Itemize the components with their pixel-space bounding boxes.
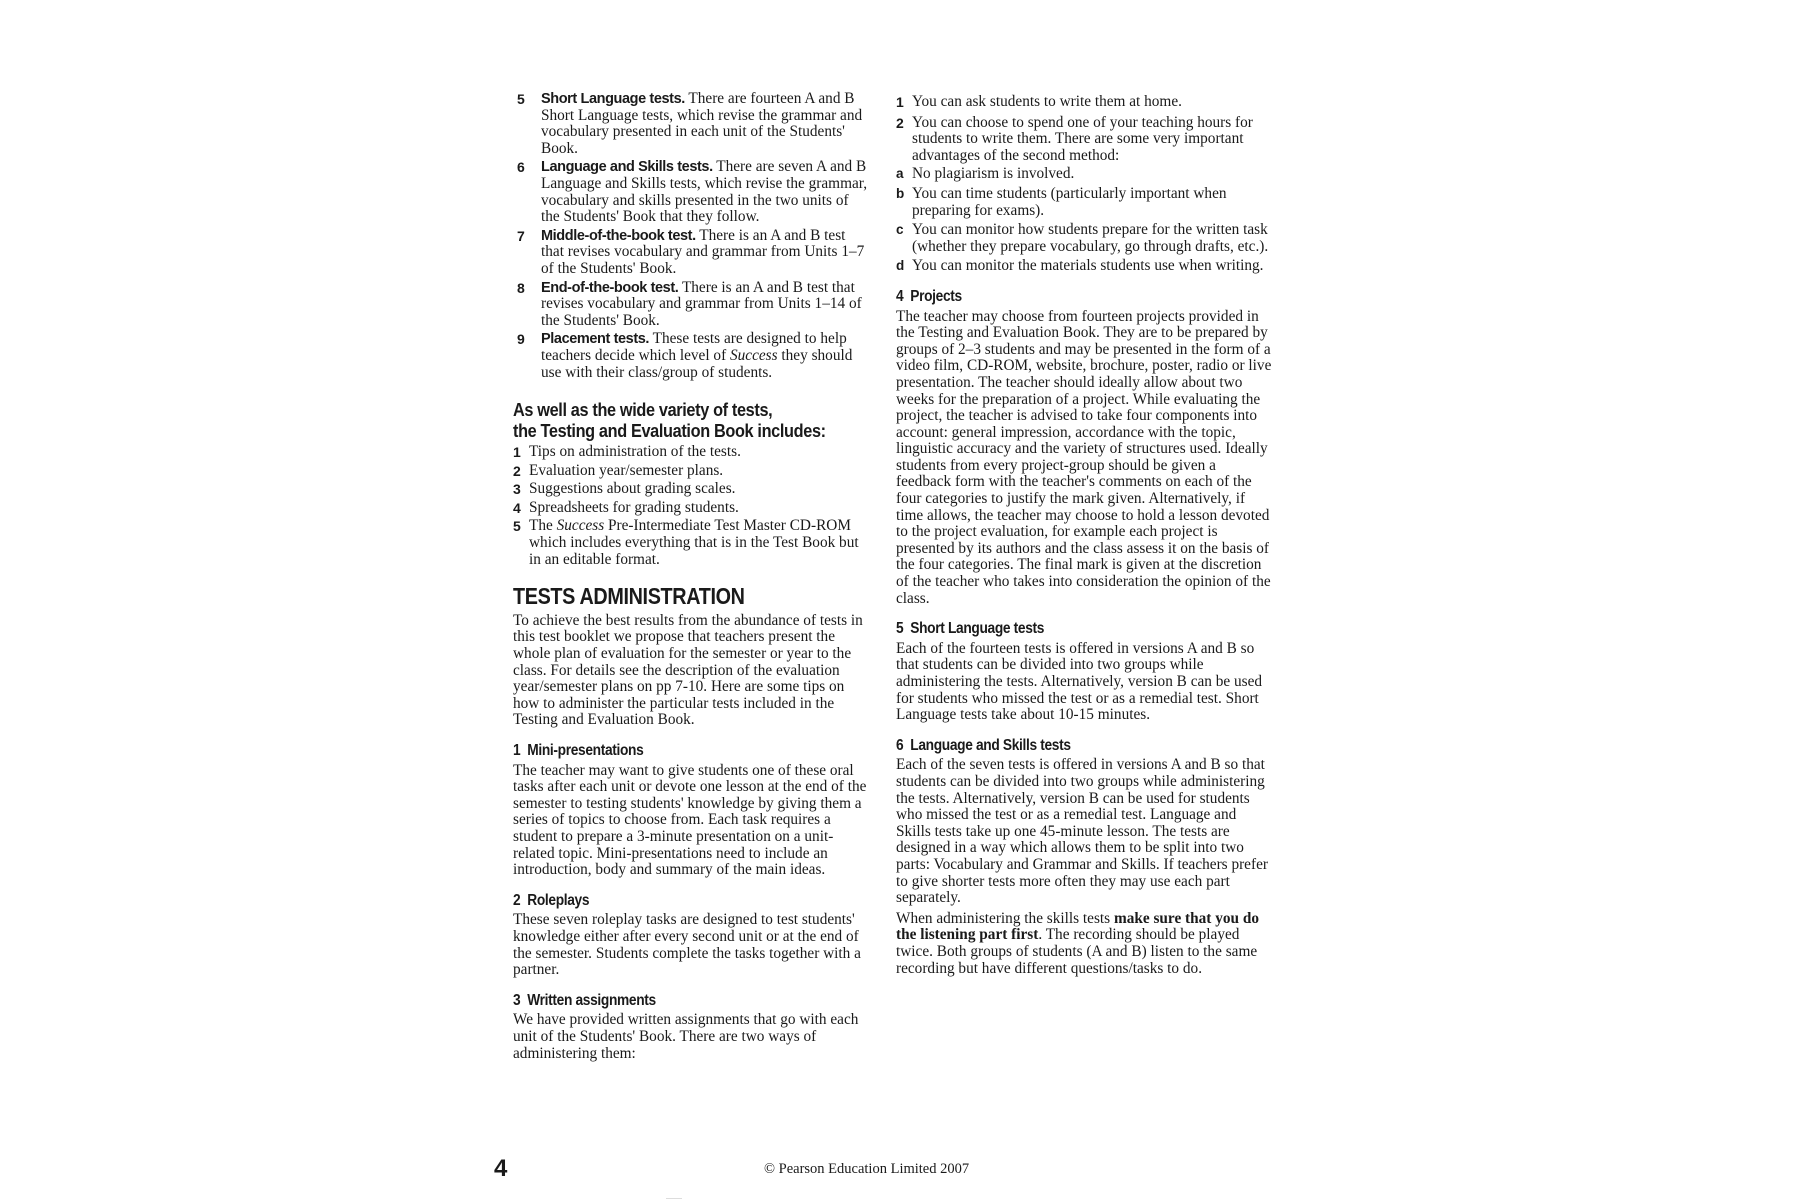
- includes-heading-line1: As well as the wide variety of tests,: [513, 399, 826, 420]
- includes-heading-line2: the Testing and Evaluation Book includes…: [513, 420, 826, 441]
- section-language-skills-tests: 6 Language and Skills tests Each of the …: [896, 738, 1274, 977]
- item-title: Short Language tests.: [541, 91, 685, 108]
- item-letter: b: [896, 186, 904, 203]
- item-number: 7: [517, 228, 525, 245]
- item-text: Suggestions about grading scales.: [529, 480, 735, 497]
- item-title: Language and Skills tests.: [541, 159, 713, 176]
- section-number: 1: [513, 742, 520, 759]
- ways-list: 1You can ask students to write them at h…: [896, 94, 1274, 275]
- item-number: 5: [517, 91, 525, 108]
- section-number: 2: [513, 892, 520, 909]
- copyright-notice: © Pearson Education Limited 2007: [764, 1161, 969, 1178]
- item-text: You can monitor the materials students u…: [912, 257, 1264, 274]
- note-text: When administering the skills tests: [896, 910, 1114, 927]
- section-heading: 5 Short Language tests: [896, 621, 1221, 638]
- item-number: 4: [513, 500, 521, 517]
- list-item: 5Short Language tests. There are fourtee…: [513, 91, 868, 157]
- section-number: 4: [896, 288, 903, 305]
- scan-artifact: [666, 1198, 682, 1199]
- list-item: 5The Success Pre-Intermediate Test Maste…: [513, 518, 868, 568]
- document-page: 5Short Language tests. There are fourtee…: [0, 0, 1800, 1200]
- includes-list: 1Tips on administration of the tests. 2E…: [513, 444, 868, 568]
- item-number: 6: [517, 159, 525, 176]
- item-title: End-of-the-book test.: [541, 280, 678, 297]
- section-heading: 4 Projects: [896, 289, 1221, 306]
- item-title: Middle-of-the-book test.: [541, 228, 696, 245]
- section-title-text: Projects: [910, 288, 962, 305]
- section-body: The teacher may want to give students on…: [513, 763, 868, 879]
- list-item: 7Middle-of-the-book test. There is an A …: [513, 228, 868, 278]
- item-text: Tips on administration of the tests.: [529, 443, 741, 460]
- section-heading: 6 Language and Skills tests: [896, 738, 1221, 755]
- item-text: The: [529, 517, 557, 534]
- section-heading: 1 Mini-presentations: [513, 743, 818, 760]
- section-number: 6: [896, 737, 903, 754]
- includes-heading: As well as the wide variety of tests, th…: [513, 399, 826, 441]
- list-item: 2You can choose to spend one of your tea…: [896, 115, 1274, 275]
- list-item: 6Language and Skills tests. There are se…: [513, 159, 868, 225]
- list-item: 4Spreadsheets for grading students.: [513, 500, 868, 517]
- section-mini-presentations: 1 Mini-presentations The teacher may wan…: [513, 743, 868, 879]
- section-number: 3: [513, 992, 520, 1009]
- section-body: These seven roleplay tasks are designed …: [513, 912, 868, 978]
- item-text: Spreadsheets for grading students.: [529, 499, 739, 516]
- item-number: 9: [517, 331, 525, 348]
- section-short-language-tests: 5 Short Language tests Each of the fourt…: [896, 621, 1274, 724]
- admin-intro: To achieve the best results from the abu…: [513, 613, 868, 729]
- item-text: No plagiarism is involved.: [912, 165, 1074, 182]
- section-title-text: Roleplays: [527, 892, 589, 909]
- section-projects: 4 Projects The teacher may choose from f…: [896, 289, 1274, 607]
- list-item: 1Tips on administration of the tests.: [513, 444, 868, 461]
- list-item: bYou can time students (particularly imp…: [896, 186, 1274, 219]
- advantages-list: aNo plagiarism is involved. bYou can tim…: [896, 166, 1274, 275]
- item-text: You can time students (particularly impo…: [912, 185, 1227, 219]
- page-number: 4: [494, 1155, 507, 1183]
- item-number: 2: [896, 115, 904, 132]
- left-column: 5Short Language tests. There are fourtee…: [513, 91, 868, 1062]
- list-item: aNo plagiarism is involved.: [896, 166, 1274, 183]
- section-heading: 2 Roleplays: [513, 893, 818, 910]
- item-text: You can ask students to write them at ho…: [912, 93, 1182, 110]
- item-text: You can monitor how students prepare for…: [912, 221, 1268, 255]
- section-body: The teacher may choose from fourteen pro…: [896, 309, 1274, 608]
- section-title-text: Written assignments: [527, 992, 656, 1009]
- item-number: 8: [517, 280, 525, 297]
- list-item: dYou can monitor the materials students …: [896, 258, 1274, 275]
- section-title-text: Short Language tests: [910, 620, 1044, 637]
- item-text-italic: Success: [730, 347, 778, 364]
- item-number: 3: [513, 481, 521, 498]
- item-number: 5: [513, 518, 521, 535]
- section-body: Each of the fourteen tests is offered in…: [896, 641, 1274, 724]
- section-body: We have provided written assignments tha…: [513, 1012, 868, 1062]
- section-body: Each of the seven tests is offered in ve…: [896, 757, 1274, 906]
- list-item: 3Suggestions about grading scales.: [513, 481, 868, 498]
- section-title-text: Mini-presentations: [527, 742, 643, 759]
- section-roleplays: 2 Roleplays These seven roleplay tasks a…: [513, 893, 868, 979]
- list-item: 1You can ask students to write them at h…: [896, 94, 1274, 111]
- item-title: Placement tests.: [541, 331, 649, 348]
- item-number: 2: [513, 463, 521, 480]
- item-number: 1: [513, 444, 521, 461]
- section-number: 5: [896, 620, 903, 637]
- list-item: 8End-of-the-book test. There is an A and…: [513, 280, 868, 330]
- item-letter: d: [896, 258, 904, 275]
- section-heading: 3 Written assignments: [513, 993, 818, 1010]
- item-letter: a: [896, 166, 904, 183]
- item-text: You can choose to spend one of your teac…: [912, 114, 1253, 164]
- listening-note: When administering the skills tests make…: [896, 911, 1274, 977]
- item-text-italic: Success: [557, 517, 605, 534]
- item-text: Evaluation year/semester plans.: [529, 462, 723, 479]
- section-title-text: Language and Skills tests: [910, 737, 1070, 754]
- list-item: cYou can monitor how students prepare fo…: [896, 222, 1274, 255]
- section-written-assignments: 3 Written assignments We have provided w…: [513, 993, 868, 1062]
- right-column: 1You can ask students to write them at h…: [896, 94, 1274, 977]
- item-number: 1: [896, 94, 904, 111]
- item-letter: c: [896, 222, 904, 239]
- list-item: 2Evaluation year/semester plans.: [513, 463, 868, 480]
- list-item: 9Placement tests. These tests are design…: [513, 331, 868, 381]
- section-title: TESTS ADMINISTRATION: [513, 588, 745, 605]
- test-types-list: 5Short Language tests. There are fourtee…: [513, 91, 868, 381]
